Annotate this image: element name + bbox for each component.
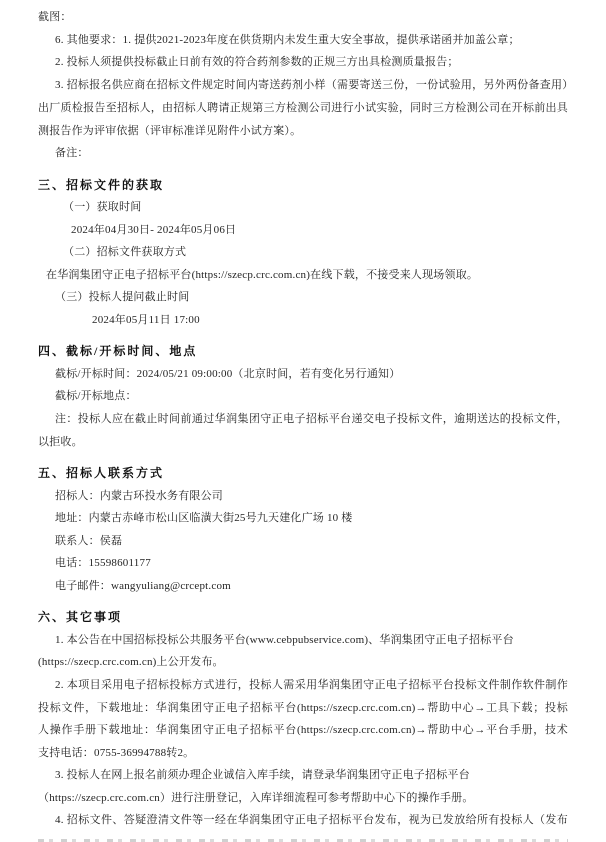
section-heading: 三、招标文件的获取	[38, 174, 568, 197]
text-line: 2. 投标人须提供投标截止日前有效的符合药剂参数的正规三方出具检测质量报告；	[55, 51, 568, 74]
text-line: 截标/开标地点：	[55, 385, 568, 408]
text-line: 联系人：侯磊	[55, 530, 568, 553]
text-line: 注：投标人应在截止时间前通过华润集团守正电子招标平台递交电子投标文件，逾期送达的…	[55, 408, 568, 431]
text-line: 3. 投标人在网上报名前须办理企业诚信入库手续，请登录华润集团守正电子招标平台	[55, 764, 568, 787]
text-line: 截标/开标时间：2024/05/21 09:00:00（北京时间，若有变化另行通…	[55, 363, 568, 386]
text-line: 支持电话：0755-36994788转2。	[38, 742, 568, 765]
text-line: （三）投标人提问截止时间	[55, 286, 568, 309]
tender-document-page: 截图：6. 其他要求：1. 提供2021-2023年度在供货期内未发生重大安全事…	[0, 0, 606, 842]
text-line: 招标人：内蒙古环投水务有限公司	[55, 485, 568, 508]
text-line: (https://szecp.crc.com.cn)上公开发布。	[38, 651, 568, 674]
text-line: 3. 招标报名供应商在招标文件规定时间内寄送药剂小样（需要寄送三份，一份试验用，…	[55, 74, 568, 97]
text-line: （二）招标文件获取方式	[63, 241, 568, 264]
text-line: 备注：	[55, 142, 568, 165]
text-line: 电话：15598601177	[55, 552, 568, 575]
text-line: （一）获取时间	[63, 196, 568, 219]
text-line: 测报告作为评审依据（评审标准详见附件小试方案）。	[38, 120, 568, 143]
text-line: 4. 招标文件、答疑澄清文件等一经在华润集团守正电子招标平台发布，视为已发放给所…	[55, 809, 568, 832]
section-heading: 五、招标人联系方式	[38, 462, 568, 485]
text-line: 2. 本项目采用电子招标投标方式进行，投标人需采用华润集团守正电子招标平台投标文…	[55, 674, 568, 697]
text-line: 1. 本公告在中国招标投标公共服务平台(www.cebpubservice.co…	[55, 629, 568, 652]
text-line: 地址：内蒙古赤峰市松山区临潢大街25号九天建化广场 10 楼	[55, 507, 568, 530]
text-line: 人操作手册下载地址：华润集团守正电子招标平台(https://szecp.crc…	[38, 719, 568, 742]
text-line: 电子邮件：wangyuliang@crcept.com	[55, 575, 568, 598]
text-line: 在华润集团守正电子招标平台(https://szecp.crc.com.cn)在…	[46, 264, 568, 287]
section-heading: 六、其它事项	[38, 606, 568, 629]
text-line: 出厂质检报告至招标人，由招标人聘请正规第三方检测公司进行小试实验，同时三方检测公…	[38, 97, 568, 120]
text-line: 2024年04月30日- 2024年05月06日	[71, 219, 568, 242]
text-line: 投标文件，下载地址：华润集团守正电子招标平台(https://szecp.crc…	[38, 697, 568, 720]
section-heading: 四、截标/开标时间、地点	[38, 340, 568, 363]
text-line: （https://szecp.crc.com.cn）进行注册登记，入库详细流程可…	[38, 787, 568, 810]
text-line: 6. 其他要求：1. 提供2021-2023年度在供货期内未发生重大安全事故，提…	[55, 29, 568, 52]
text-line: 以拒收。	[38, 431, 568, 454]
text-line: 截图：	[38, 6, 568, 29]
document-body: 截图：6. 其他要求：1. 提供2021-2023年度在供货期内未发生重大安全事…	[38, 6, 568, 842]
text-line: 2024年05月11日 17:00	[92, 309, 568, 332]
